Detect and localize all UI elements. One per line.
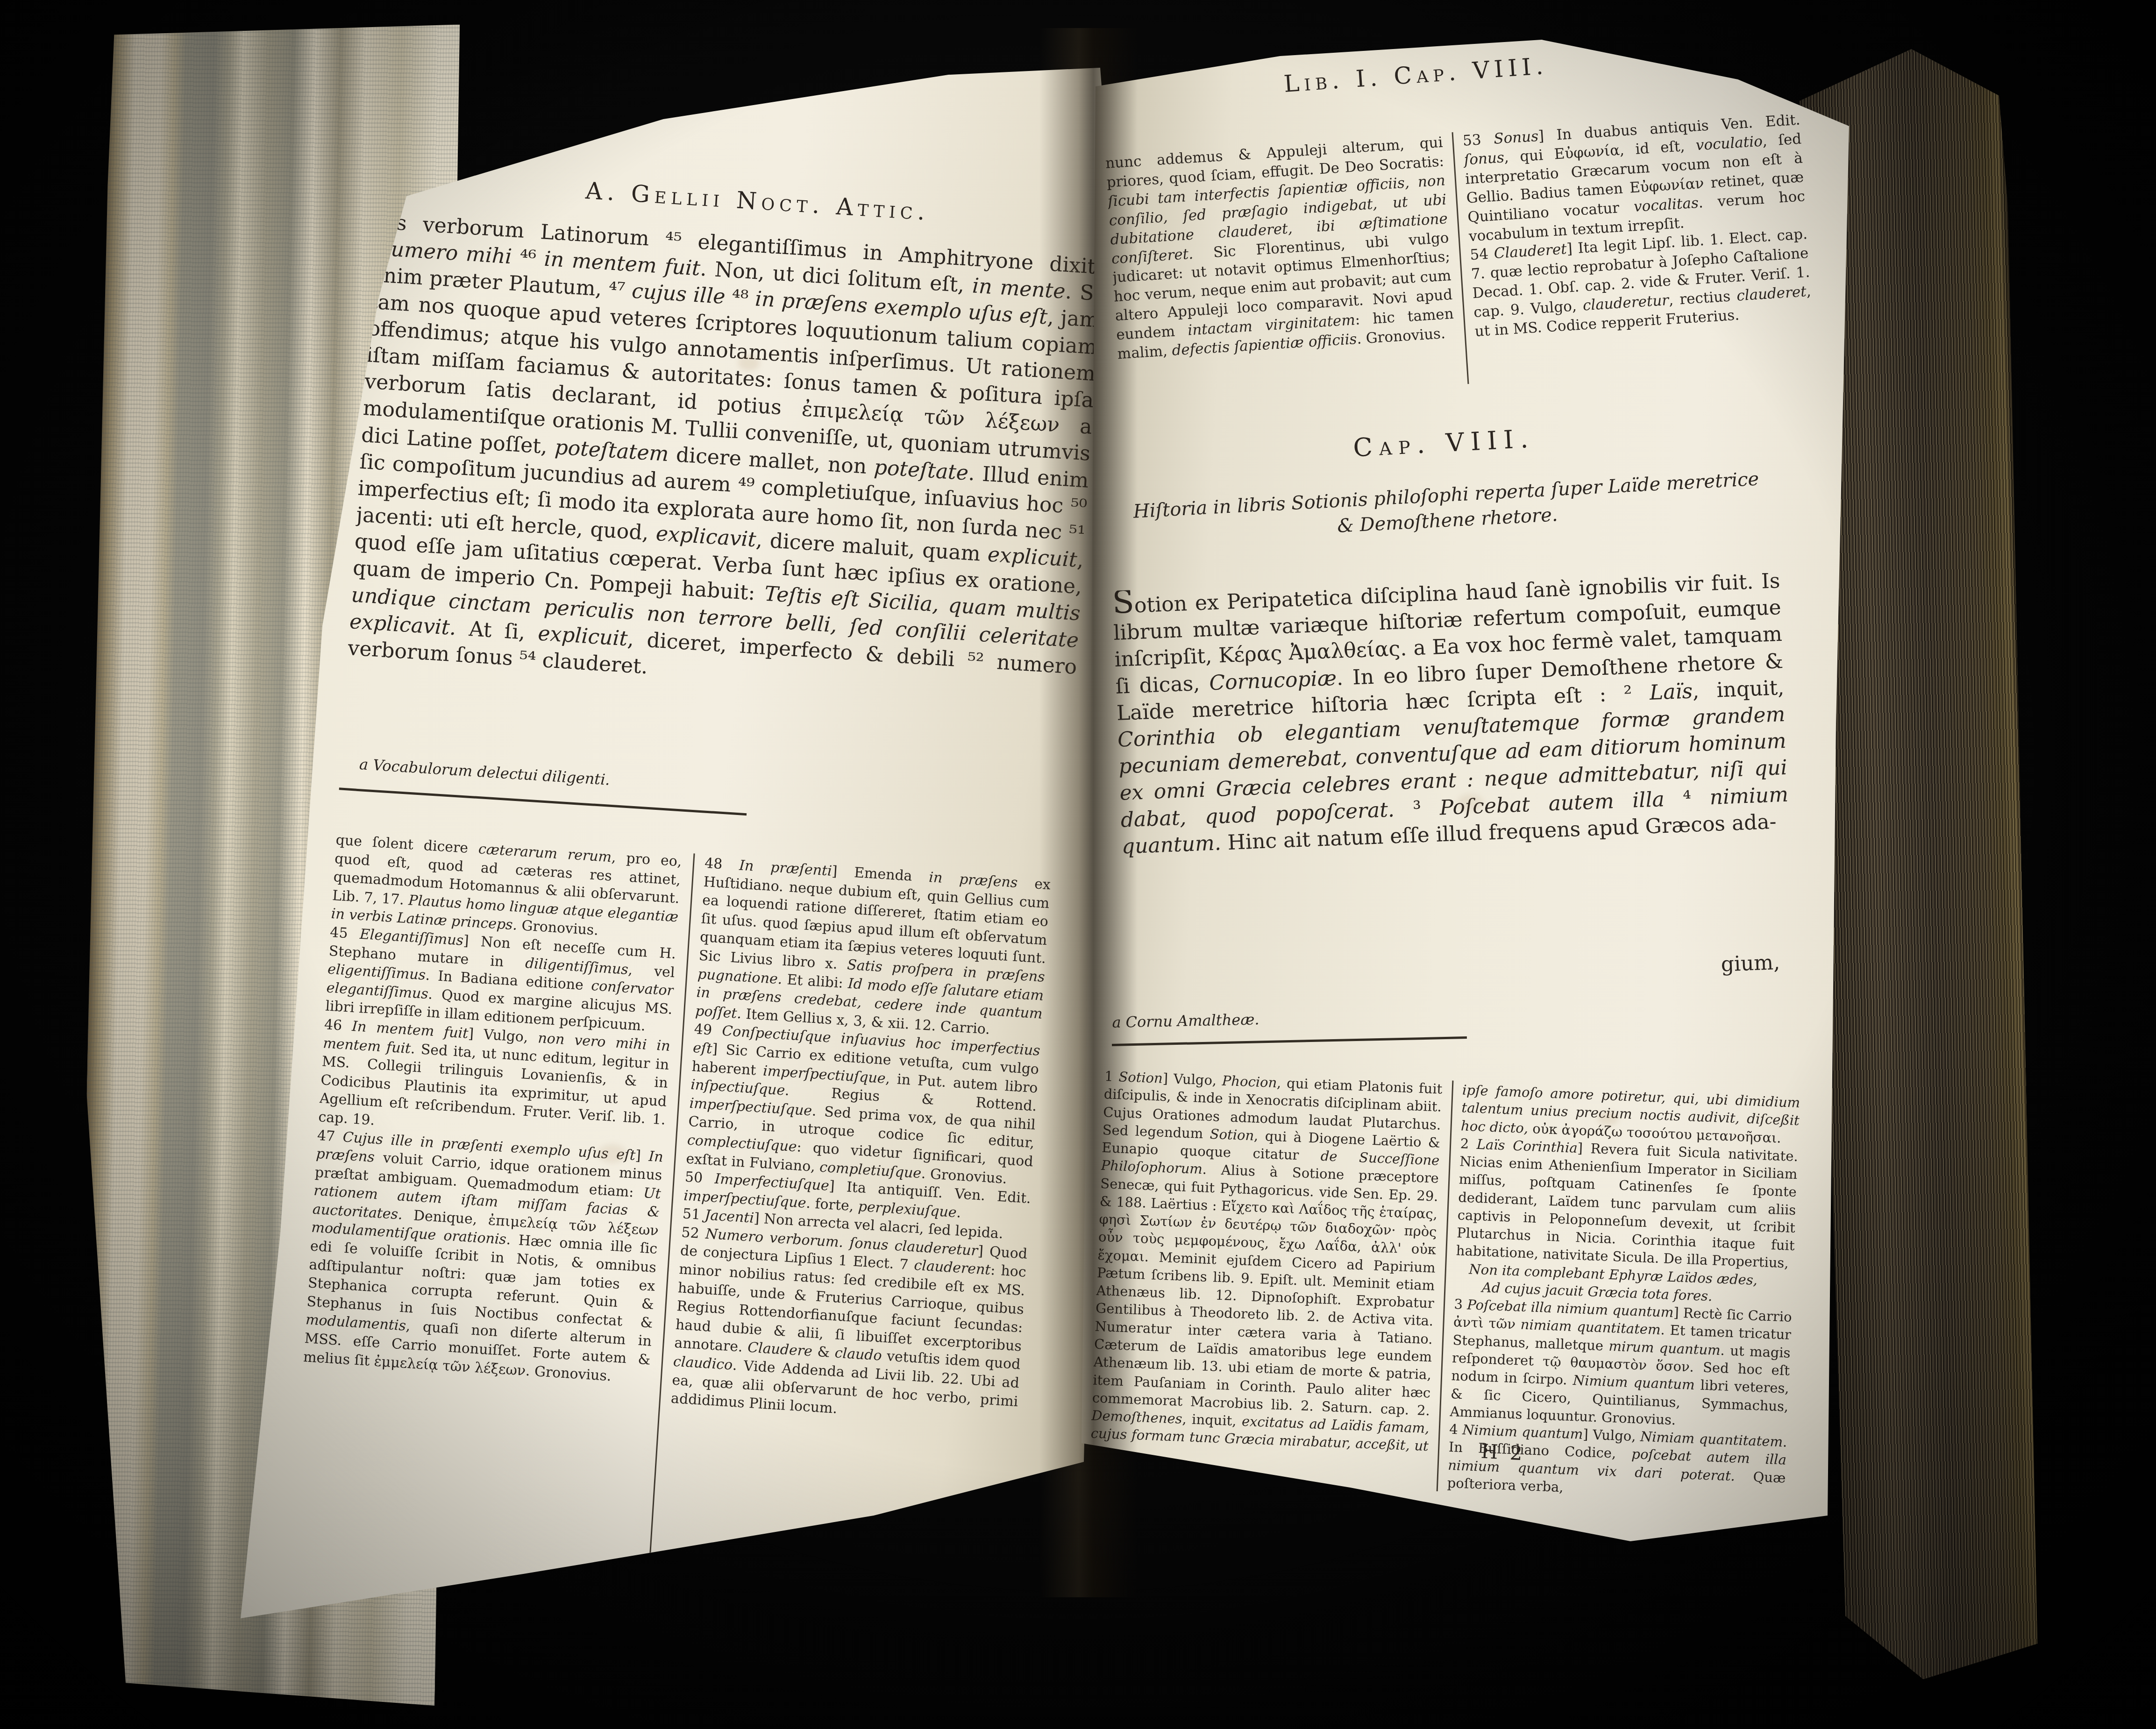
right-footnotes: 1 Sotion] Vulgo, Phocion, qui etiam Plat…: [1089, 1067, 1800, 1505]
running-title-right: Lib. I. Cap. VIII.: [1117, 41, 1715, 109]
chapter-summary: Hiſtoria in libris Sotionis philoſophi r…: [1121, 466, 1772, 550]
right-main-text: Sotion ex Peripatetica diſciplina haud ſ…: [1112, 565, 1794, 978]
left-footnotes-column-2: 48 In præſenti] Emenda in præſens ex Huſ…: [648, 853, 1051, 1603]
right-continuation-notes: nunc addemus & Appuleji alterum, qui pri…: [1105, 110, 1815, 405]
page-number-right: 59: [1713, 35, 1785, 68]
left-footnotes: que ſolent dicere cæterarum rerum, pro e…: [291, 831, 1064, 1604]
book-photograph: 58 A. Gellii Noct. Attic. tus verborum L…: [0, 0, 2156, 1729]
gathering-signature: H 2: [1480, 1440, 1526, 1465]
right-note-reference-line: a Cornu Amaltheæ.: [1112, 1006, 1439, 1031]
right-page-header: Lib. I. Cap. VIII. 59: [1117, 35, 1785, 110]
left-footnotes-column-1: que ſolent dicere cæterarum rerum, pro e…: [291, 831, 682, 1580]
left-main-text: tus verborum Latinorum ⁴⁵ elegantiſſimus…: [342, 208, 1103, 779]
right-continuation-column-2: 53 Sonus] In duabus antiquis Ven. Edit. …: [1452, 110, 1815, 384]
right-page: Lib. I. Cap. VIII. 59 nunc addemus & App…: [1070, 23, 1911, 1686]
right-continuation-column-1: nunc addemus & Appuleji alterum, qui pri…: [1105, 133, 1458, 406]
chapter-heading: Cap. VIII.: [1107, 411, 1780, 475]
right-footnote-rule: [1112, 1036, 1467, 1046]
right-footnotes-column-1: 1 Sotion] Vulgo, Phocion, qui etiam Plat…: [1089, 1067, 1443, 1491]
